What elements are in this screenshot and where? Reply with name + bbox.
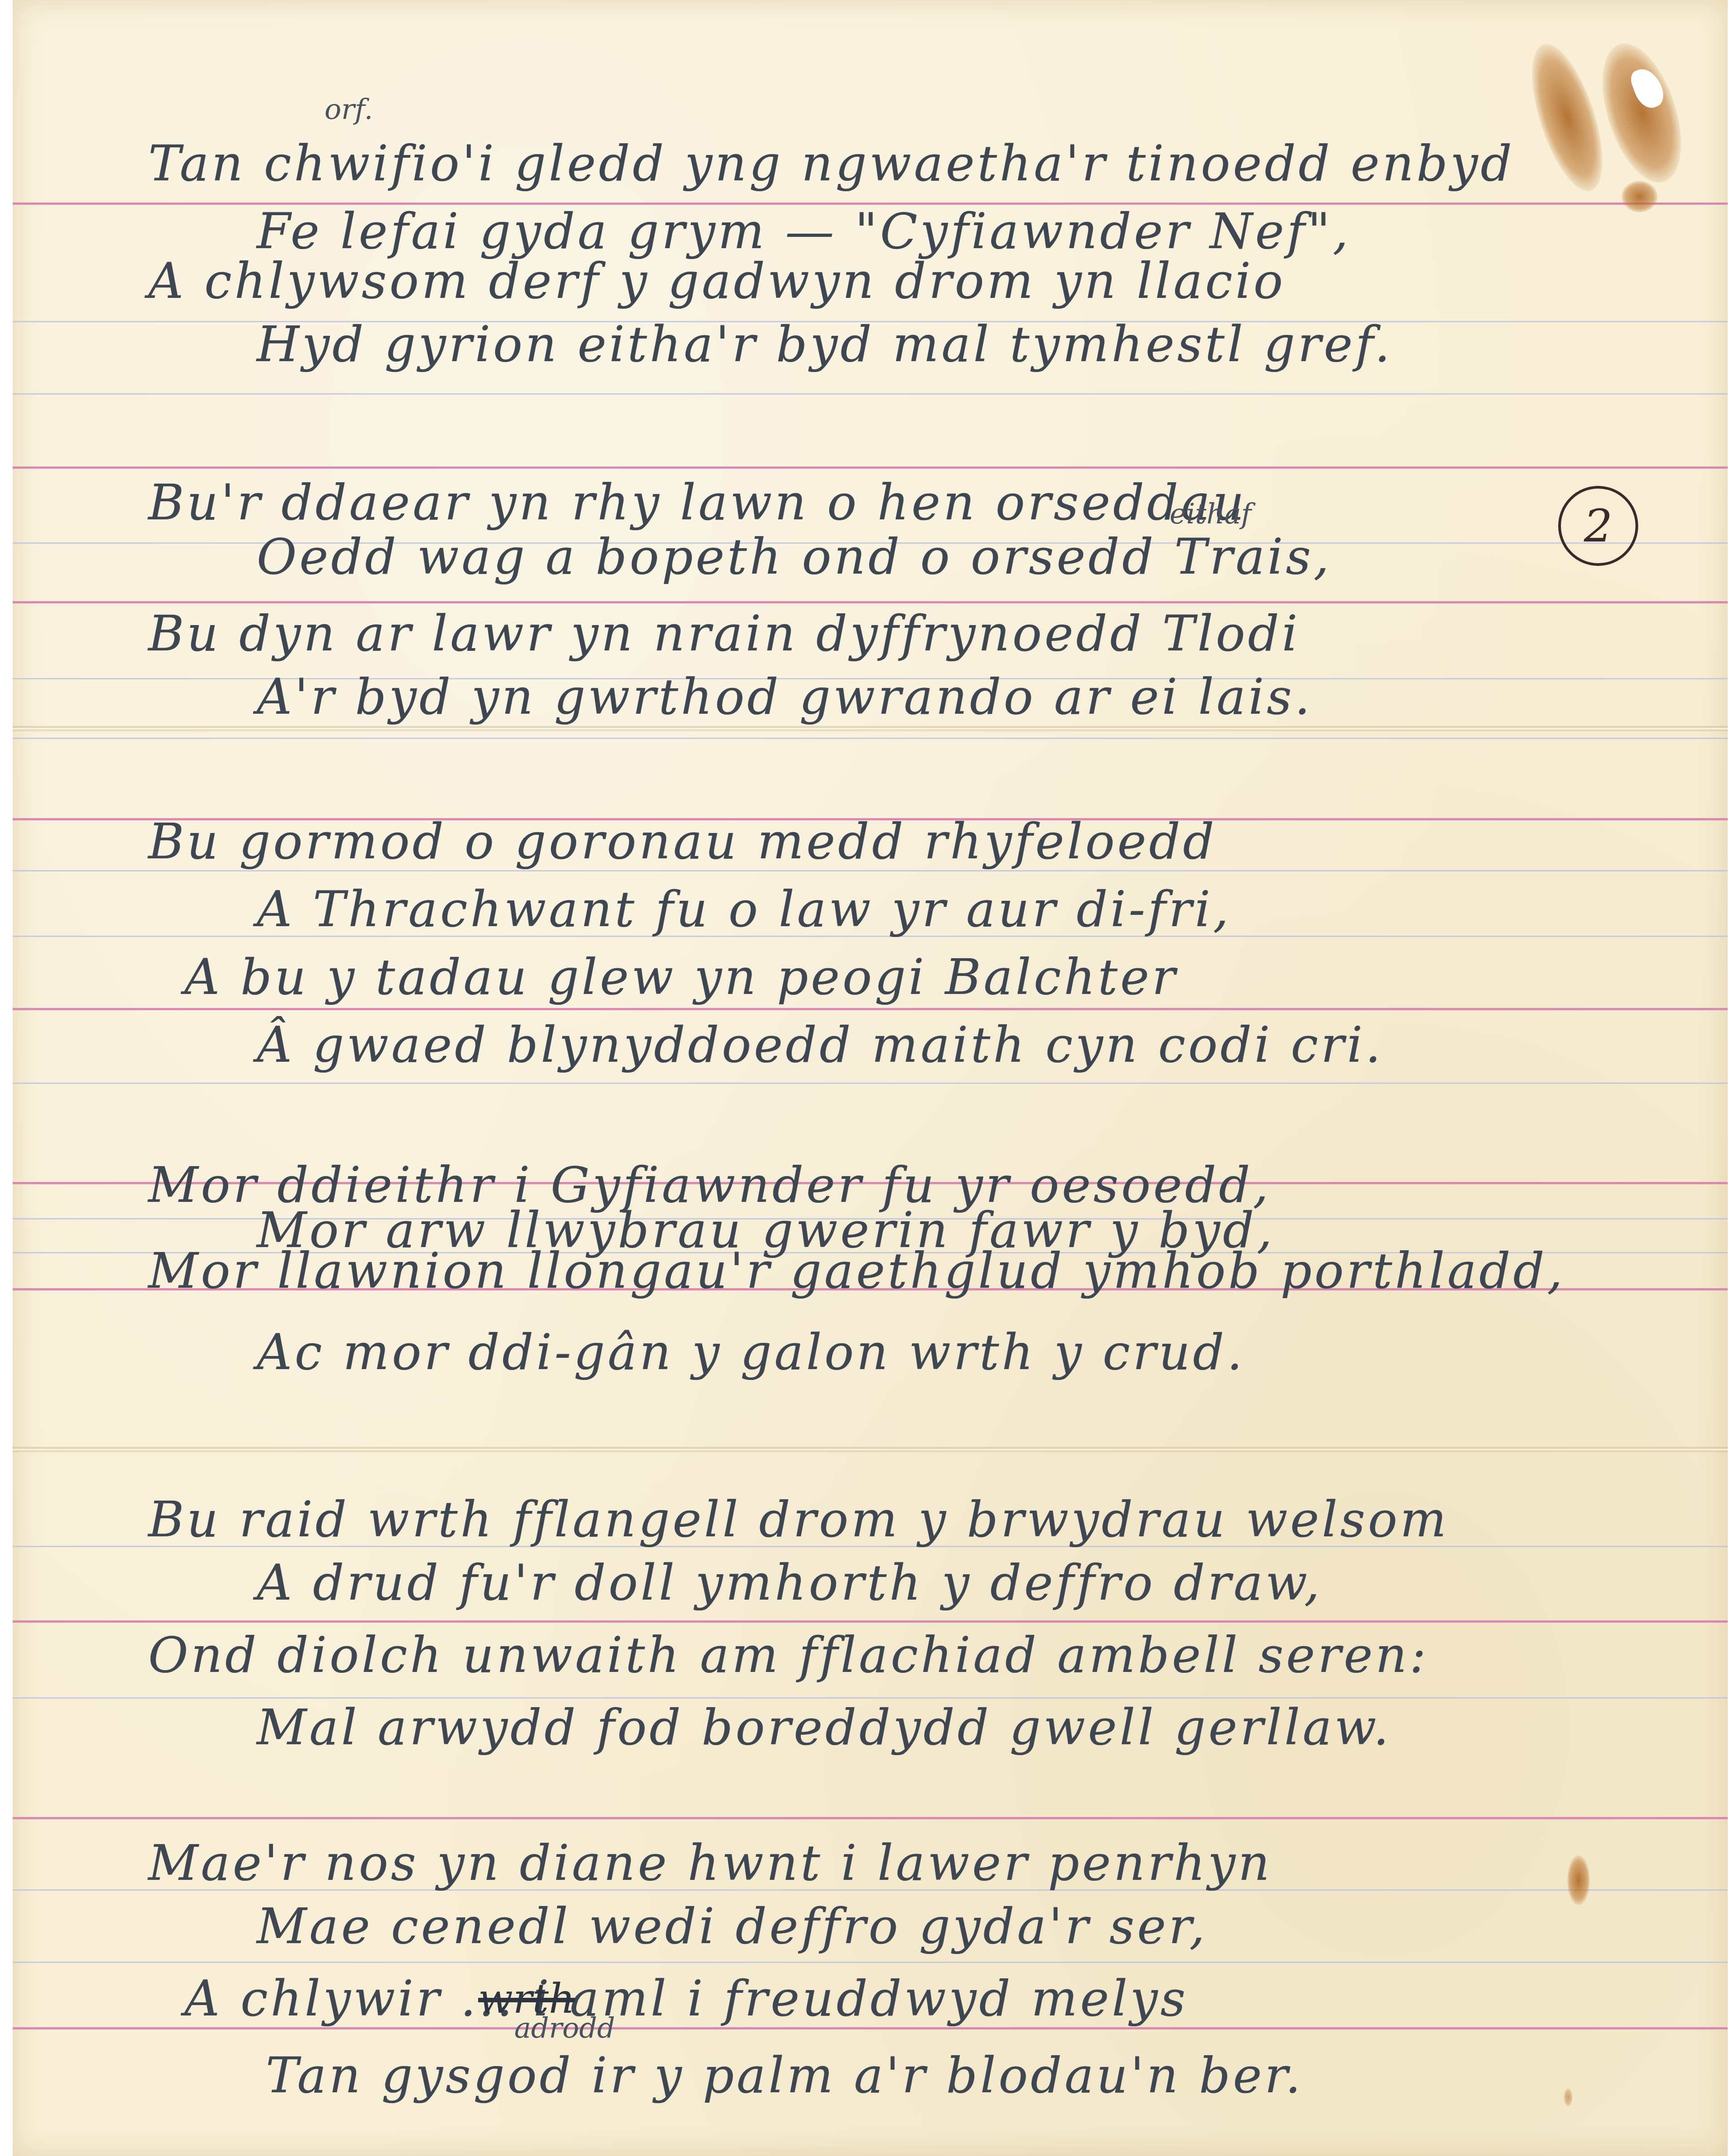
poem-line: Bu gormod o goronau medd rhyfeloedd	[148, 814, 1217, 870]
rust-stain	[1587, 34, 1696, 193]
ruled-line	[13, 1083, 1728, 1084]
poem-line: A bu y tadau glew yn peogi Balchter	[184, 949, 1178, 1006]
poem-line: Ac mor ddi-gân y galon wrth y crud.	[257, 1324, 1245, 1381]
annotation: adrodd	[514, 2011, 615, 2044]
ruled-line	[13, 1008, 1728, 1010]
annotation: orf.	[324, 93, 373, 126]
ruled-line	[13, 601, 1728, 603]
poem-line: Ond diolch unwaith am fflachiad ambell s…	[148, 1627, 1429, 1684]
poem-line: A'r byd yn gwrthod gwrando ar ei lais.	[257, 669, 1313, 725]
poem-line: Tan gysgod ir y palm a'r blodau'n ber.	[266, 2048, 1303, 2104]
ruled-line	[13, 393, 1728, 395]
poem-line: A chlywsom derf y gadwyn drom yn llacio	[148, 253, 1286, 310]
poem-line: Mor llawnion llongau'r gaethglud ymhob p…	[148, 1243, 1565, 1299]
poem-line: Tan chwifio'i gledd yng ngwaetha'r tinoe…	[148, 136, 1515, 192]
ruled-line	[13, 1620, 1728, 1623]
annotation: eithaf	[1170, 497, 1251, 530]
fold-crease	[13, 1446, 1728, 1453]
poem-line: A Thrachwant fu o law yr aur di-fri,	[257, 881, 1231, 938]
poem-line: Hyd gyrion eitha'r byd mal tymhestl gref…	[257, 316, 1393, 373]
poem-line: Mae cenedl wedi deffro gyda'r ser,	[257, 1898, 1208, 1955]
poem-line: A chlywir ... i aml i freuddwyd melys	[184, 1971, 1188, 2027]
poem-line: A drud fu'r doll ymhorth y deffro draw,	[257, 1555, 1322, 1611]
ruled-line	[13, 870, 1728, 871]
poem-line: Bu dyn ar lawr yn nrain dyffrynoedd Tlod…	[148, 606, 1300, 662]
fold-crease	[13, 725, 1728, 732]
poem-line: Â gwaed blynyddoedd maith cyn codi cri.	[257, 1017, 1383, 1073]
ruled-line	[13, 1697, 1728, 1699]
circled-page-number: 2	[1558, 486, 1638, 566]
rust-stain	[1564, 2088, 1573, 2106]
poem-line: Fe lefai gyda grym — "Cyfiawnder Nef",	[257, 203, 1351, 260]
poem-line: Oedd wag a bopeth ond o orsedd Trais,	[257, 529, 1332, 585]
rust-stain	[1621, 181, 1658, 212]
manuscript-page: 2 Tan chwifio'i gledd yng ngwaetha'r tin…	[13, 0, 1728, 2156]
ruled-line	[13, 2027, 1728, 2029]
ruled-line	[13, 738, 1728, 739]
poem-line: Bu raid wrth fflangell drom y brwydrau w…	[148, 1492, 1449, 1548]
rust-stain	[1567, 1855, 1590, 1905]
ruled-line	[13, 1962, 1728, 1963]
rust-stain	[1518, 36, 1617, 199]
poem-line: Mae'r nos yn diane hwnt i lawer penrhyn	[148, 1835, 1272, 1892]
poem-line: Mal arwydd fod boreddydd gwell gerllaw.	[257, 1699, 1391, 1756]
poem-line: Bu'r ddaear yn rhy lawn o hen orseddau	[148, 475, 1247, 531]
ruled-line	[13, 466, 1728, 469]
ruled-line	[13, 1817, 1728, 1819]
